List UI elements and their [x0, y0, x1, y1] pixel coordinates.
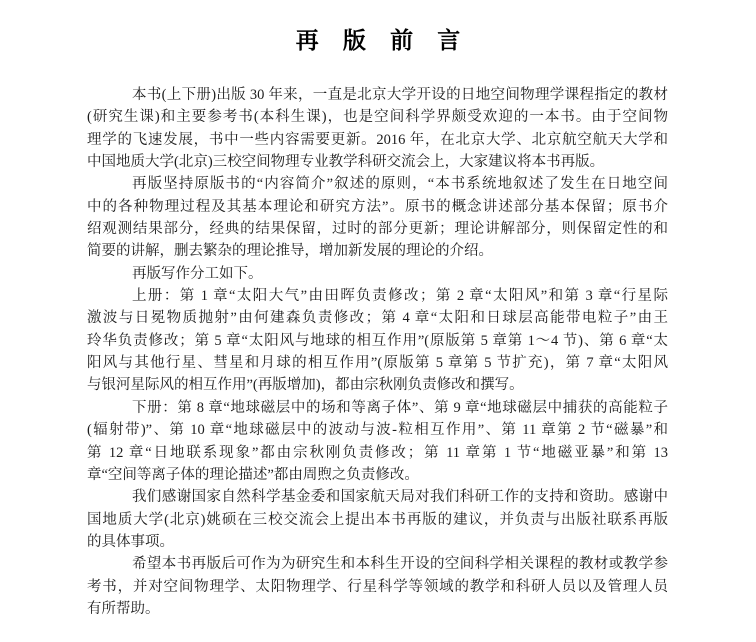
page-title: 再版前言	[0, 0, 756, 54]
text-line: 考书，并对空间物理学、太阳物理学、行星科学等领域的教学和科研人员以及管理人员	[87, 576, 668, 598]
text-line: 阳风与其他行星、彗星和月球的相互作用”(原版第 5 章第 5 节扩充)，第 7 …	[87, 352, 668, 374]
text-line: 简要的讲解，删去繁杂的理论推导，增加新发展的理论的介绍。	[87, 240, 668, 262]
text-line: (辐射带)”、第 10 章“地球磁层中的波动与波-粒相互作用”、第 11 章第 …	[87, 419, 668, 441]
text-line: 章“空间等离子体的理论描述”都由周煦之负责修改。	[87, 464, 668, 486]
paragraph: 下册：第 8 章“地球磁层中的场和等离子体”、第 9 章“地球磁层中捕获的高能粒…	[87, 397, 668, 486]
paragraph: 上册：第 1 章“太阳大气”由田晖负责修改；第 2 章“太阳风”和第 3 章“行…	[87, 285, 668, 397]
text-line: 有所帮助。	[87, 598, 668, 620]
paragraph: 再版坚持原版书的“内容简介”叙述的原则，“本书系统地叙述了发生在日地空间中的各种…	[87, 173, 668, 262]
paragraph: 再版写作分工如下。	[87, 263, 668, 285]
text-line: 激波与日冕物质抛射”由何建森负责修改；第 4 章“太阳和日球层高能带电粒子”由王	[87, 307, 668, 329]
text-line: 中的各种物理过程及其基本理论和研究方法”。原书的概念讲述部分基本保留；原书介	[87, 196, 668, 218]
text-line: 下册：第 8 章“地球磁层中的场和等离子体”、第 9 章“地球磁层中捕获的高能粒…	[87, 397, 668, 419]
book-page: 再版前言 本书(上下册)出版 30 年来，一直是北京大学开设的日地空间物理学课程…	[0, 0, 756, 642]
text-line: 绍观测结果部分，经典的结果保留，过时的部分更新；理论讲解部分，则保留定性的和	[87, 218, 668, 240]
text-line: 再版写作分工如下。	[87, 263, 668, 285]
text-line: 国地质大学(北京)姚硕在三校交流会上提出本书再版的建议，并负责与出版社联系再版	[87, 509, 668, 531]
text-line: 希望本书再版后可作为为研究生和本科生开设的空间科学相关课程的教材或教学参	[87, 553, 668, 575]
text-line: 上册：第 1 章“太阳大气”由田晖负责修改；第 2 章“太阳风”和第 3 章“行…	[87, 285, 668, 307]
text-line: 与银河星际风的相互作用”(再版增加)，都由宗秋刚负责修改和撰写。	[87, 374, 668, 396]
text-line: 的具体事项。	[87, 531, 668, 553]
text-line: 再版坚持原版书的“内容简介”叙述的原则，“本书系统地叙述了发生在日地空间	[87, 173, 668, 195]
text-line: 第 12 章“日地联系现象”都由宗秋刚负责修改；第 11 章第 1 节“地磁亚暴…	[87, 442, 668, 464]
text-line: 理学的飞速发展，书中一些内容需要更新。2016 年，在北京大学、北京航空航天大学…	[87, 129, 668, 151]
text-line: 中国地质大学(北京)三校空间物理专业教学科研交流会上，大家建议将本书再版。	[87, 151, 668, 173]
paragraph: 希望本书再版后可作为为研究生和本科生开设的空间科学相关课程的教材或教学参考书，并…	[87, 553, 668, 620]
text-line: 玲华负责修改；第 5 章“太阳风与地球的相互作用”(原版第 5 章第 1～4 节…	[87, 330, 668, 352]
text-line: 我们感谢国家自然科学基金委和国家航天局对我们科研工作的支持和资助。感谢中	[87, 486, 668, 508]
text-line: 本书(上下册)出版 30 年来，一直是北京大学开设的日地空间物理学课程指定的教材	[87, 84, 668, 106]
page-body: 本书(上下册)出版 30 年来，一直是北京大学开设的日地空间物理学课程指定的教材…	[0, 84, 756, 620]
paragraph: 我们感谢国家自然科学基金委和国家航天局对我们科研工作的支持和资助。感谢中国地质大…	[87, 486, 668, 553]
paragraph: 本书(上下册)出版 30 年来，一直是北京大学开设的日地空间物理学课程指定的教材…	[87, 84, 668, 173]
text-line: (研究生课)和主要参考书(本科生课)，也是空间科学界颇受欢迎的一本书。由于空间物	[87, 106, 668, 128]
